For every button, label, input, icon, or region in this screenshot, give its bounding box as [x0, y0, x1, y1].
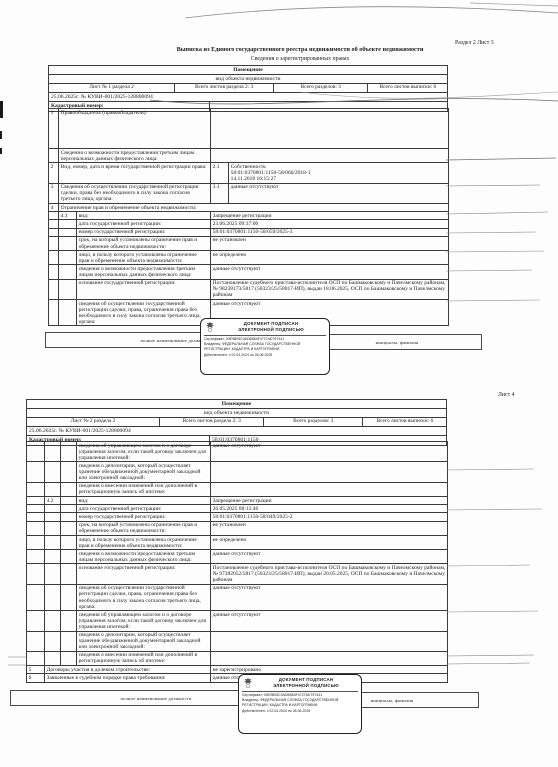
cell-label: лицо, в пользу которого установлены огра…	[77, 535, 211, 549]
cell-value: 26.05.2025 08:15:46	[211, 505, 448, 513]
cell-label: сведения об управляющем залогом и о дого…	[77, 611, 211, 631]
cell-subnum	[45, 505, 61, 513]
stamp-validity: Действителен: с 02.04.2024 по 26.06.2025	[242, 709, 358, 714]
cell-label: сведения о депозитарии, который осуществ…	[77, 631, 211, 651]
cell-empty	[61, 505, 77, 513]
cell-empty	[45, 442, 61, 462]
cell-value: данные отсутствуют	[211, 550, 448, 564]
cell-num: 4	[49, 203, 59, 211]
signature-right-box: инициалы, фамилия	[312, 334, 482, 350]
cell-subnum	[45, 513, 61, 521]
cell-label: сведения об управляющем залогом и о дого…	[77, 442, 211, 462]
cell-num: 3	[49, 183, 59, 203]
sheet-info-cell: Лист № 2 раздела 2	[26, 417, 160, 427]
cell-subnum: 4.2	[45, 496, 61, 504]
cell-num: 6	[27, 674, 45, 682]
cell-value: не установлен	[211, 236, 449, 250]
cell-empty	[45, 462, 61, 482]
cell-num: 1	[49, 109, 59, 149]
cell-value-line: 14.11.2018 16:15:27	[231, 176, 447, 182]
cell-label: вид:	[77, 496, 211, 504]
cell-label: дата государственной регистрации:	[77, 505, 211, 513]
cell-empty	[27, 505, 45, 513]
table-row: 5Договоры участия в долевом строительств…	[27, 666, 448, 674]
cell-empty	[49, 300, 59, 326]
cell-value: не определено	[211, 251, 449, 265]
cell-value: данные отсутствуют	[211, 584, 448, 610]
scan-artifact-tick	[0, 148, 2, 154]
rights-table-page1: 1Правообладатель (правообладатели):Сведе…	[48, 108, 449, 326]
cell-subnum	[59, 220, 77, 228]
page-subtitle: Сведения о зарегистрированных правах	[90, 56, 510, 62]
cell-label: сведения о депозитарии, который осуществ…	[77, 462, 211, 482]
table-row: 4.1вид:Запрещение регистрации	[49, 212, 449, 220]
cell-empty	[61, 584, 77, 610]
cell-value: Запрещение регистрации	[211, 496, 448, 504]
signature-caption-position: полное наименование должности	[120, 696, 191, 701]
cell-label: основание государственной регистрации:	[77, 564, 211, 584]
table-row: сведения о внесении изменений или дополн…	[27, 482, 448, 496]
stamp-title-line2: ЭЛЕКТРОННОЙ ПОДПИСЬЮ	[217, 327, 325, 333]
table-row: дата государственной регистрации:23.06.2…	[49, 220, 449, 228]
cell-subnum	[45, 550, 61, 564]
table-row: 6Заявленные в судебном порядке права тре…	[27, 674, 448, 682]
page-title: Выписка из Единого государственного реес…	[90, 46, 510, 53]
cell-value	[211, 651, 448, 665]
cell-label: сведения о внесении изменений или дополн…	[77, 482, 211, 496]
cell-label: Сведения об осуществлении государственно…	[59, 183, 211, 203]
cell-label: Правообладатель (правообладатели):	[59, 109, 211, 149]
stamp-owner: Владелец: ФЕДЕРАЛЬНАЯ СЛУЖБА ГОСУДАРСТВЕ…	[242, 698, 358, 707]
cell-subnum	[45, 521, 61, 535]
sheet-info-row: Лист № 2 раздела 2 Всего листов раздела …	[26, 417, 447, 427]
table-row: номер государственной регистрации:58:01:…	[49, 228, 449, 236]
rosreestr-emblem-icon	[243, 677, 253, 689]
cell-num: 2	[49, 163, 59, 183]
cell-empty	[27, 651, 45, 665]
sheet-info-cell: Всего разделов: 3	[263, 417, 363, 427]
cell-empty	[27, 496, 45, 504]
cell-subnum	[59, 236, 77, 250]
cell-label: Вид, номер, дата и время государственной…	[59, 163, 211, 183]
cell-empty	[61, 482, 77, 496]
cell-empty	[61, 611, 77, 631]
table-row: 2Вид, номер, дата и время государственно…	[49, 163, 449, 183]
table-row: основание государственной регистрации:По…	[49, 279, 449, 299]
cell-subnum: 2.1	[211, 163, 229, 183]
cell-empty	[49, 265, 59, 279]
signature-caption-name: инициалы, фамилия	[376, 340, 419, 345]
table-row: срок, на который установлены ограничение…	[27, 521, 448, 535]
scan-artifact-tick	[0, 131, 2, 139]
stamp-owner: Владелец: ФЕДЕРАЛЬНАЯ СЛУЖБА ГОСУДАРСТВЕ…	[204, 342, 326, 351]
cell-value: 58:01:0370801:1150-58/059/2025-3	[211, 228, 449, 236]
table-row: сведения об осуществлении государственно…	[27, 584, 448, 610]
cell-empty	[27, 611, 45, 631]
cell-value: не установлен	[211, 521, 448, 535]
stamp-title-line2: ЭЛЕКТРОННОЙ ПОДПИСЬЮ	[255, 683, 357, 689]
cell-subnum	[59, 300, 77, 326]
cell-label: Договоры участия в долевом строительстве…	[45, 666, 211, 674]
cell-empty	[49, 220, 59, 228]
cell-empty	[27, 550, 45, 564]
cell-subnum	[59, 265, 77, 279]
page2-corner-label: Лист 4	[498, 392, 515, 398]
cell-label: лицо, в пользу которого установлены огра…	[77, 251, 211, 265]
stamp-certificate: Сертификат: 00E9B05C0AD6B64F4727AD797441	[242, 693, 358, 698]
cell-subnum	[59, 279, 77, 299]
page2-header-table: Помещение вид объекта недвижимости Лист …	[26, 400, 447, 446]
cell-label: сведения об осуществлении государственно…	[77, 584, 211, 610]
cell-subnum	[45, 584, 61, 610]
cell-subnum	[45, 651, 61, 665]
table-row: дата государственной регистрации:26.05.2…	[27, 505, 448, 513]
sheet-info-cell: Всего листов раздела 2: 3	[159, 417, 264, 427]
cell-label: основание государственной регистрации:	[77, 279, 211, 299]
table-row: 3Сведения об осуществлении государственн…	[49, 183, 449, 203]
signature-caption-name: инициалы, фамилия	[371, 698, 414, 703]
cell-value: данные отсутствуют	[211, 611, 448, 631]
cell-label: номер государственной регистрации:	[77, 513, 211, 521]
cell-empty	[27, 535, 45, 549]
cell-empty	[27, 482, 45, 496]
table-row: сведения о возможности предоставления тр…	[49, 265, 449, 279]
table-row: сведения об управляющем залогом и о дого…	[27, 611, 448, 631]
cell-num	[49, 149, 59, 163]
esign-stamp-header: ДОКУМЕНТ ПОДПИСАН ЭЛЕКТРОННОЙ ПОДПИСЬЮ	[242, 677, 358, 692]
table-row: сведения о депозитарии, который осуществ…	[27, 631, 448, 651]
esign-stamp: ДОКУМЕНТ ПОДПИСАН ЭЛЕКТРОННОЙ ПОДПИСЬЮ С…	[200, 318, 330, 375]
cell-empty	[61, 564, 77, 584]
cell-label: вид:	[77, 212, 211, 220]
cell-label: дата государственной регистрации:	[77, 220, 211, 228]
table-row: лицо, в пользу которого установлены огра…	[27, 535, 448, 549]
cell-subnum	[45, 611, 61, 631]
table-row: сведения об управляющем залогом и о дого…	[27, 442, 448, 462]
cell-label: номер государственной регистрации:	[77, 228, 211, 236]
sheet-info-cell: Всего разделов: 3	[273, 83, 368, 93]
rights-table-page2: сведения об управляющем залогом и о дого…	[26, 441, 448, 683]
table-row: лицо, в пользу которого установлены огра…	[49, 251, 449, 265]
cell-value: 23.06.2025 09:37:00	[211, 220, 449, 228]
cell-value	[211, 482, 448, 496]
sheet-info-cell: Всего листов раздела 2: 3	[174, 83, 274, 93]
cell-subnum	[45, 631, 61, 651]
cell-subnum	[45, 564, 61, 584]
cell-label: сведения о возможности предоставления тр…	[77, 550, 211, 564]
sheet-info-cell: Лист № 1 раздела 2	[48, 83, 175, 93]
cell-value	[211, 109, 449, 149]
cell-empty	[49, 228, 59, 236]
cell-empty	[49, 251, 59, 265]
cell-empty	[61, 513, 77, 521]
sheet-info-cell: Всего листов выписки: 6	[367, 83, 448, 93]
cell-value: не зарегистрировано	[211, 666, 448, 674]
cell-value: не определено	[211, 535, 448, 549]
table-row: номер государственной регистрации:58:01:…	[27, 513, 448, 521]
sheet-info-cell: Всего листов выписки: 6	[362, 417, 447, 427]
cell-empty	[27, 462, 45, 482]
cell-value: данные отсутствуют	[211, 442, 448, 462]
cell-subnum	[45, 535, 61, 549]
cell-value: 58:01:0370801:1150-58/049/2025-2	[211, 513, 448, 521]
cell-empty	[27, 442, 45, 462]
esign-stamp-header: ДОКУМЕНТ ПОДПИСАН ЭЛЕКТРОННОЙ ПОДПИСЬЮ	[204, 321, 326, 336]
cell-label: сведения о возможности предоставления тр…	[77, 265, 211, 279]
cell-section-label: Ограничение прав и обременение объекта н…	[59, 203, 449, 211]
table-row: срок, на который установлены ограничение…	[49, 236, 449, 250]
stamp-certificate: Сертификат: 00E9B05C0AD6B64F4727AD797441	[204, 337, 326, 342]
cell-value: Постановление судебного пристава-исполни…	[211, 564, 448, 584]
cell-empty	[27, 513, 45, 521]
cell-empty	[27, 631, 45, 651]
cell-empty	[61, 535, 77, 549]
cell-empty	[27, 521, 45, 535]
document-page: { "doc": { "title": "Выписка из Единого …	[0, 0, 558, 767]
table-row: сведения о депозитарии, который осуществ…	[27, 462, 448, 482]
cell-value: данные отсутствуют	[211, 265, 449, 279]
esign-stamp: ДОКУМЕНТ ПОДПИСАН ЭЛЕКТРОННОЙ ПОДПИСЬЮ С…	[238, 674, 362, 734]
table-row: 1Правообладатель (правообладатели):	[49, 109, 449, 149]
cell-label: Сведения о возможности предоставления тр…	[59, 149, 211, 163]
cell-value: Постановление судебного пристава-исполни…	[211, 279, 449, 299]
table-row: сведения о внесении изменений или дополн…	[27, 651, 448, 665]
sheet-info-row: Лист № 1 раздела 2 Всего листов раздела …	[48, 83, 448, 93]
cell-empty	[61, 442, 77, 462]
cell-value: Запрещение регистрации	[211, 212, 449, 220]
cell-label: сведения об осуществлении государственно…	[77, 300, 211, 326]
cell-empty	[61, 496, 77, 504]
cell-empty	[49, 236, 59, 250]
cell-empty	[49, 212, 59, 220]
cell-empty	[61, 550, 77, 564]
table-row: Сведения о возможности предоставления тр…	[49, 149, 449, 163]
cell-value	[211, 149, 449, 163]
cell-value: данные отсутствуют	[229, 183, 449, 203]
cell-empty	[27, 584, 45, 610]
cell-subnum: 3.1	[211, 183, 229, 203]
cell-empty	[27, 564, 45, 584]
table-row: основание государственной регистрации:По…	[27, 564, 448, 584]
cell-empty	[49, 279, 59, 299]
cell-subnum	[59, 228, 77, 236]
cell-value-multiline: Собственность58:01:0370801:1150-58/066/2…	[229, 163, 449, 183]
cell-label: срок, на который установлены ограничение…	[77, 236, 211, 250]
page1-header-table: Помещение вид объекта недвижимости Лист …	[48, 66, 448, 112]
cell-subnum	[59, 251, 77, 265]
stamp-validity: Действителен: с 02.04.2024 по 26.06.2025	[204, 353, 326, 358]
cell-label: срок, на который установлены ограничение…	[77, 521, 211, 535]
cell-value	[211, 462, 448, 482]
rosreestr-emblem-icon	[205, 321, 215, 333]
cell-empty	[45, 482, 61, 496]
cell-empty	[61, 521, 77, 535]
cell-subnum: 4.1	[59, 212, 77, 220]
table-row: 4.2вид:Запрещение регистрации	[27, 496, 448, 504]
cell-label: сведения о внесении изменений или дополн…	[77, 651, 211, 665]
cell-value	[211, 631, 448, 651]
table-row: сведения о возможности предоставления тр…	[27, 550, 448, 564]
cell-num: 5	[27, 666, 45, 674]
cell-empty	[61, 631, 77, 651]
cell-empty	[61, 462, 77, 482]
scan-artifact-tick	[0, 101, 3, 118]
table-row: 4Ограничение прав и обременение объекта …	[49, 203, 449, 211]
cell-label: Заявленные в судебном порядке права треб…	[45, 674, 211, 682]
cell-empty	[61, 651, 77, 665]
